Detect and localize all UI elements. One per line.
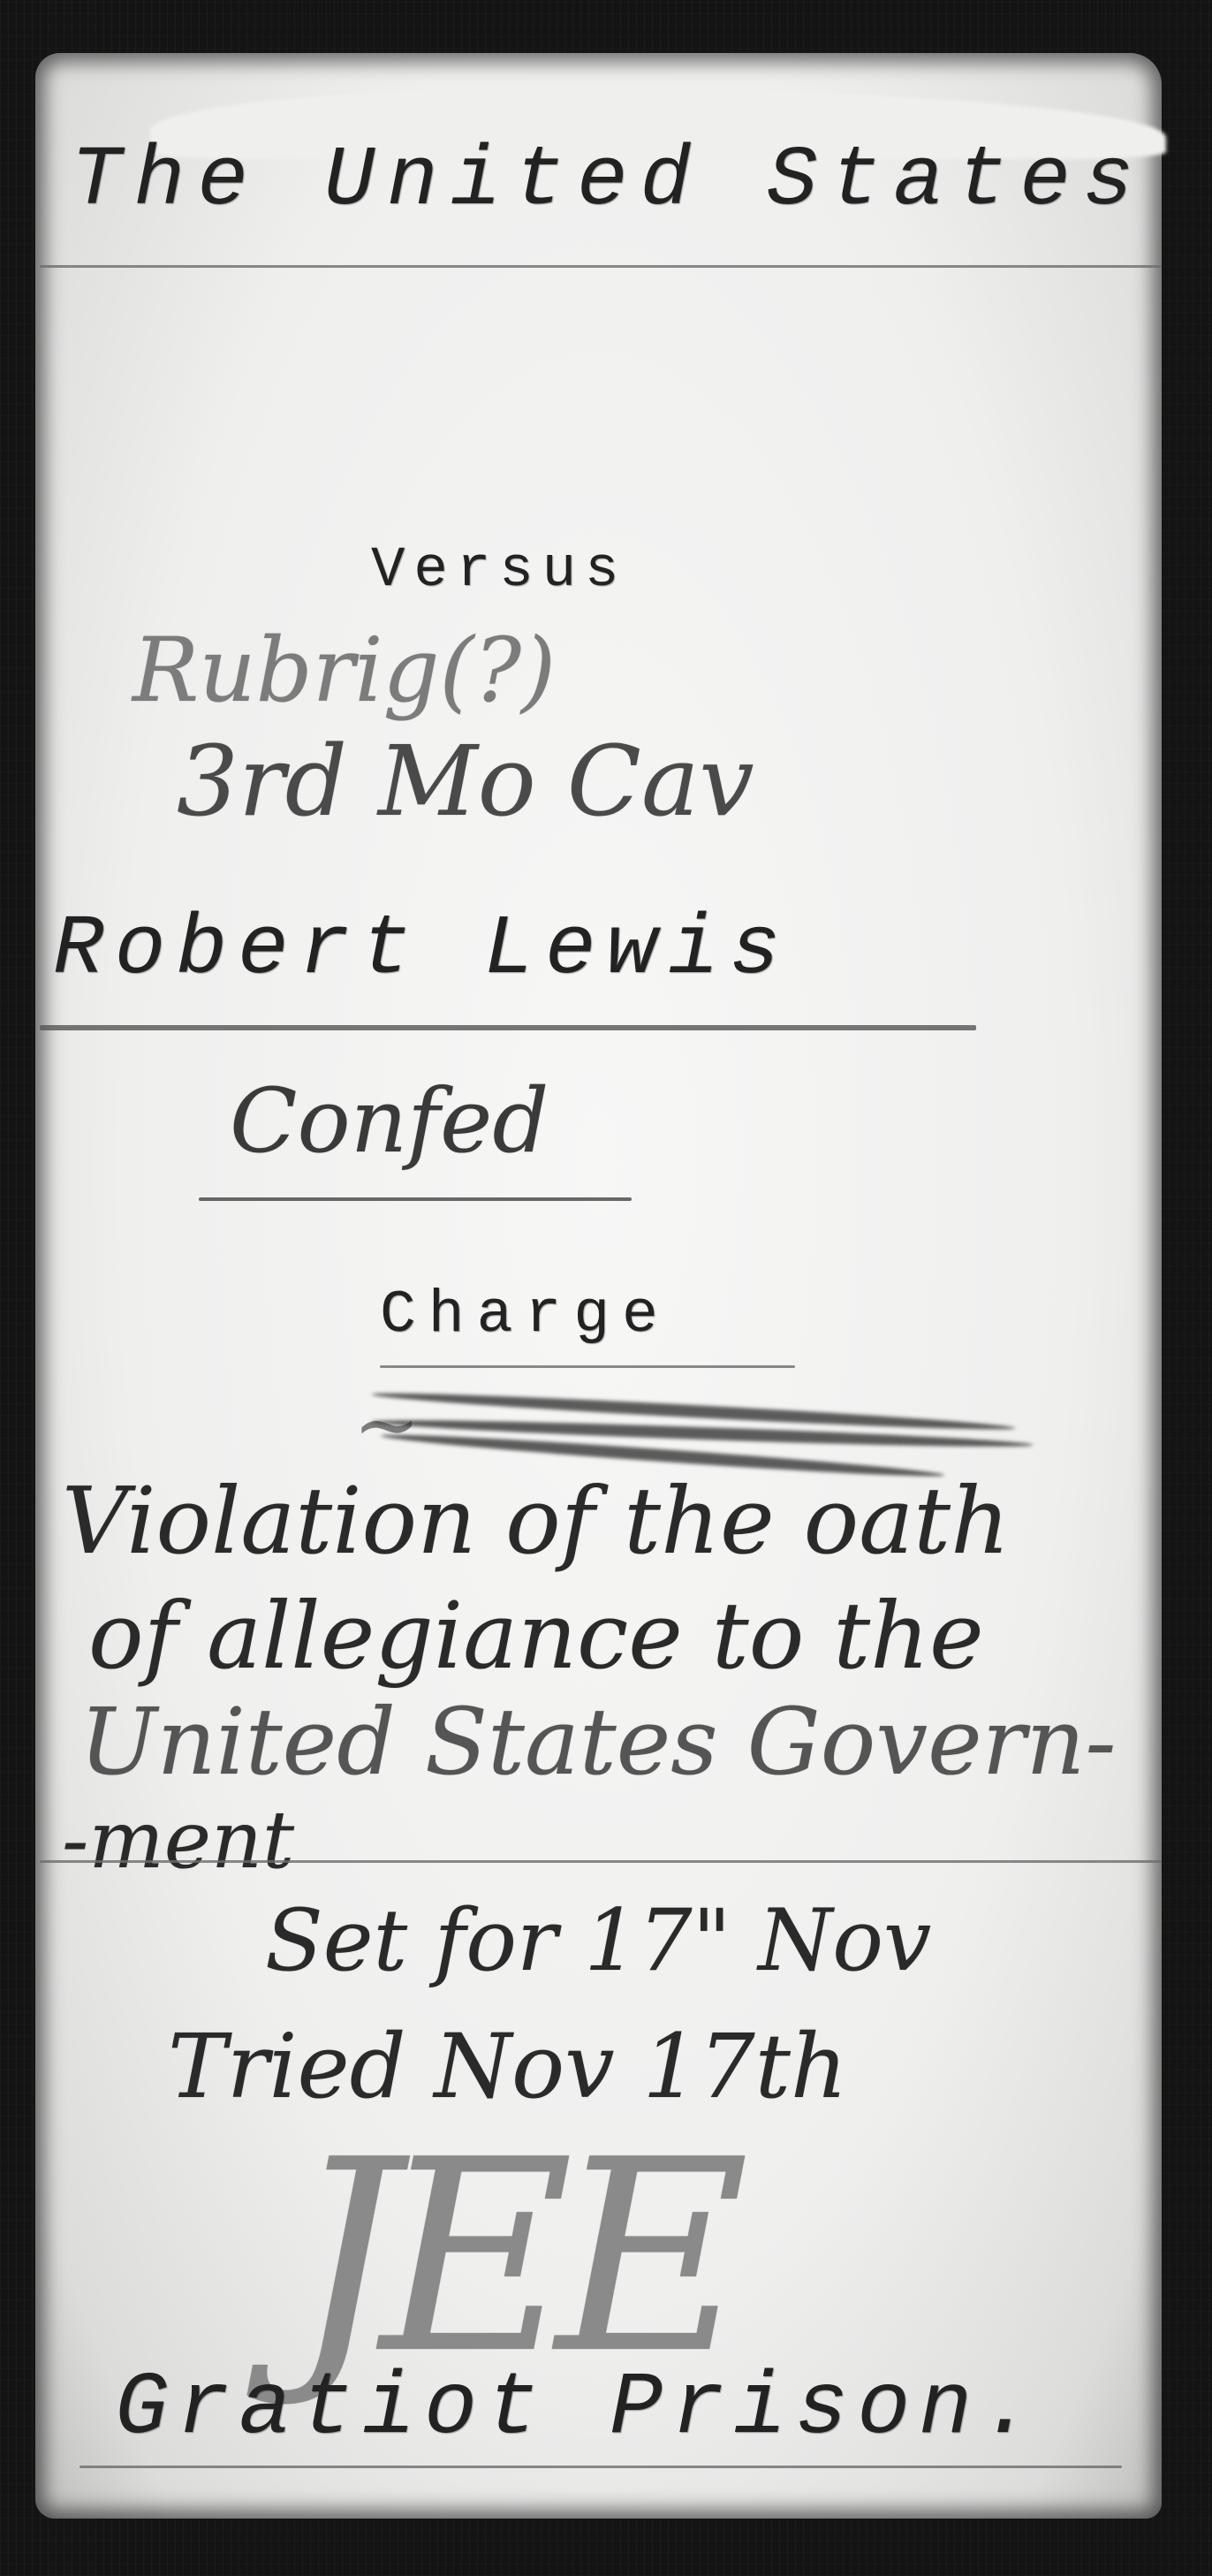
charge-line-2: of allegiance to the: [88, 1582, 984, 1690]
unit-annotation-line2: 3rd Mo Cav: [177, 725, 754, 838]
charge-line-4: -ment: [62, 1794, 294, 1887]
charge-line-1: Violation of the oath: [62, 1467, 1010, 1575]
charge-rule: [380, 1365, 795, 1368]
charge-section-rule: [40, 1860, 1162, 1863]
affiliation: Confed: [230, 1069, 549, 1173]
affiliation-rule: [199, 1197, 632, 1201]
location: Gratiot Prison.: [115, 2359, 1042, 2459]
unit-annotation-line1: Rubrig(?): [133, 619, 556, 722]
header-rule: [40, 265, 1162, 268]
charge-line-3: United States Govern-: [80, 1688, 1117, 1796]
footer-rule: [80, 2466, 1122, 2468]
charge-label: Charge: [380, 1281, 670, 1349]
versus-label: Versus: [371, 539, 627, 603]
header-title: The United States: [71, 133, 1146, 229]
defendant-name: Robert Lewis: [53, 901, 791, 998]
schedule-line: Set for 17" Nov: [265, 1891, 931, 1990]
defendant-rule: [40, 1025, 976, 1030]
